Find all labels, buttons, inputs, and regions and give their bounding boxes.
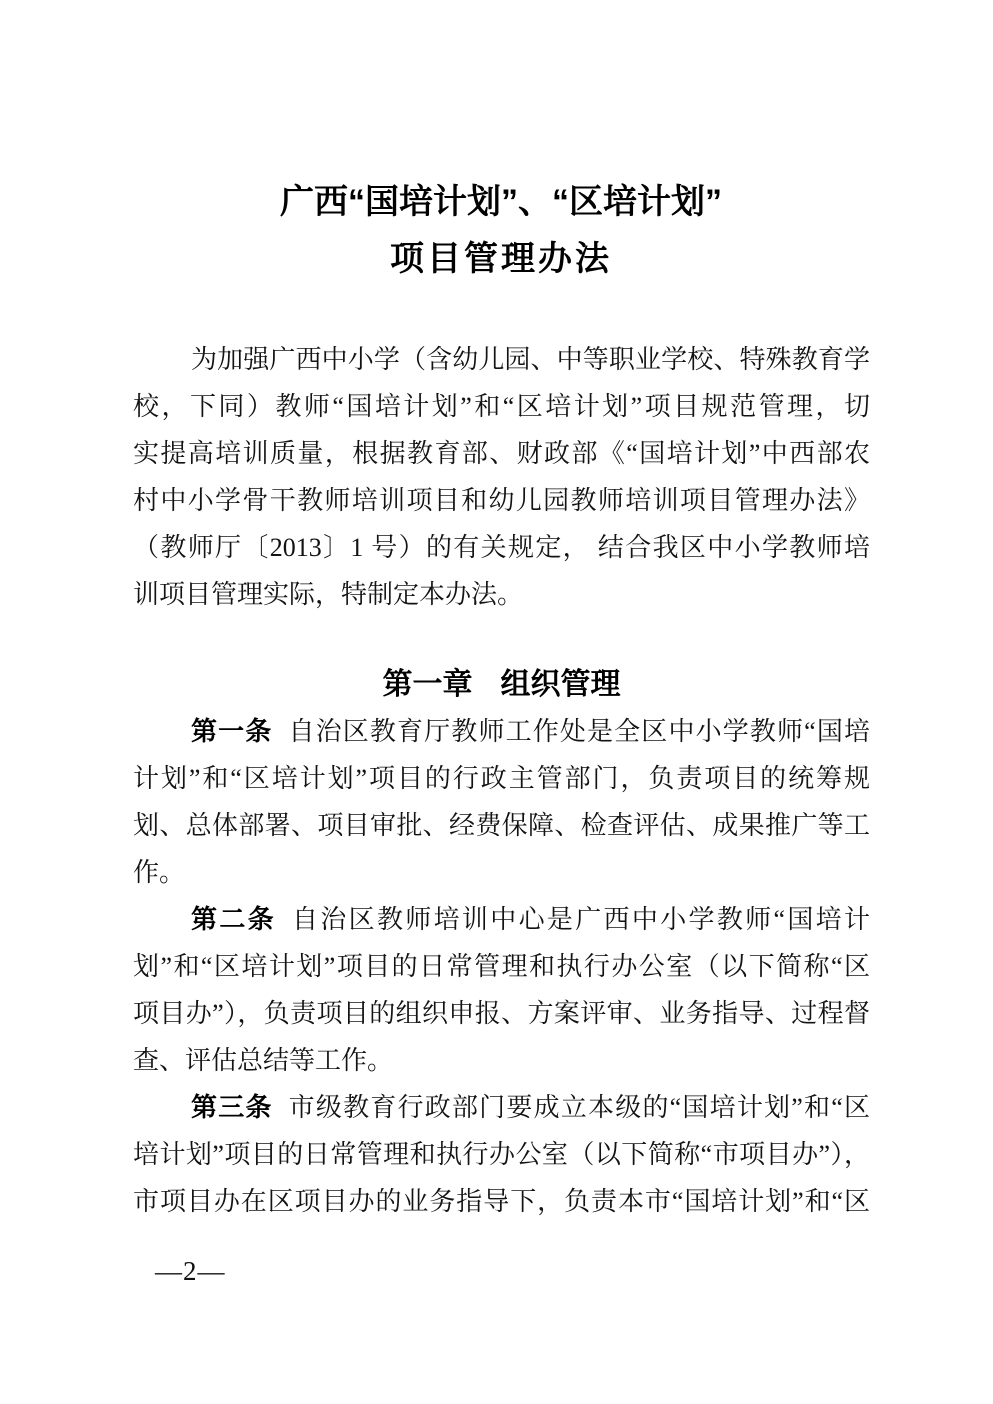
chapter-number: 第一章 [383,668,473,701]
article-paragraph: 第二条自治区教师培训中心是广西中小学教师“国培计 划”和“区培计划”项目的日常管… [133,896,870,1084]
article-paragraph: 第一条自治区教育厅教师工作处是全区中小学教师“国培 计划”和“区培计划”项目的行… [133,708,870,896]
text-line: 第三条市级教育行政部门要成立本级的“国培计划”和“区 [133,1084,870,1131]
chapter-title: 组织管理 [501,668,621,701]
text-line: 训项目管理实际，特制定本办法。 [133,571,870,618]
text-line: 培计划”项目的日常管理和执行办公室（以下简称“市项目办”）， [133,1131,870,1178]
article-label: 第三条 [191,1092,273,1122]
text-line: 计划”和“区培计划”项目的行政主管部门，负责项目的统筹规 [133,755,870,802]
text-line: 实提高培训质量，根据教育部、财政部《“国培计划”中西部农 [133,430,870,477]
text-line: 查、评估总结等工作。 [133,1037,870,1084]
title-line-2: 项目管理办法 [128,231,874,288]
page-number: —2— [155,1251,226,1291]
document-page: 广西“国培计划”、“区培计划” 项目管理办法 为加强广西中小学（含幼儿园、中等职… [0,0,993,1404]
text-line: 校，下同）教师“国培计划”和“区培计划”项目规范管理，切 [133,383,870,430]
title-line-1: 广西“国培计划”、“区培计划” [128,174,874,231]
article-first-line-text: 市级教育行政部门要成立本级的“国培计划”和“区 [289,1093,870,1122]
document-title: 广西“国培计划”、“区培计划” 项目管理办法 [128,174,874,288]
text-line: （教师厅〔2013〕1 号）的有关规定， 结合我区中小学教师培 [133,524,870,571]
text-line: 第一条自治区教育厅教师工作处是全区中小学教师“国培 [133,708,870,755]
text-line: 村中小学骨干教师培训项目和幼儿园教师培训项目管理办法》 [133,477,870,524]
article-first-line-text: 自治区教师培训中心是广西中小学教师“国培计 [292,905,870,934]
text-line: 市项目办在区项目办的业务指导下，负责本市“国培计划”和“区 [133,1178,870,1225]
text-line: 项目办”），负责项目的组织申报、方案评审、业务指导、过程督 [133,990,870,1037]
text-line: 作。 [133,849,870,896]
chapter-heading: 第一章组织管理 [133,661,870,708]
text-line: 划、总体部署、项目审批、经费保障、检查评估、成果推广等工 [133,802,870,849]
text-line: 第二条自治区教师培训中心是广西中小学教师“国培计 [133,896,870,943]
article-label: 第一条 [191,716,272,746]
article-label: 第二条 [191,904,276,934]
text-line: 划”和“区培计划”项目的日常管理和执行办公室（以下简称“区 [133,943,870,990]
text-line: 为加强广西中小学（含幼儿园、中等职业学校、特殊教育学 [133,336,870,383]
document-body: 为加强广西中小学（含幼儿园、中等职业学校、特殊教育学 校，下同）教师“国培计划”… [133,336,870,1225]
intro-paragraph: 为加强广西中小学（含幼儿园、中等职业学校、特殊教育学 校，下同）教师“国培计划”… [133,336,870,618]
article-first-line-text: 自治区教育厅教师工作处是全区中小学教师“国培 [288,717,870,746]
article-paragraph: 第三条市级教育行政部门要成立本级的“国培计划”和“区 培计划”项目的日常管理和执… [133,1084,870,1225]
